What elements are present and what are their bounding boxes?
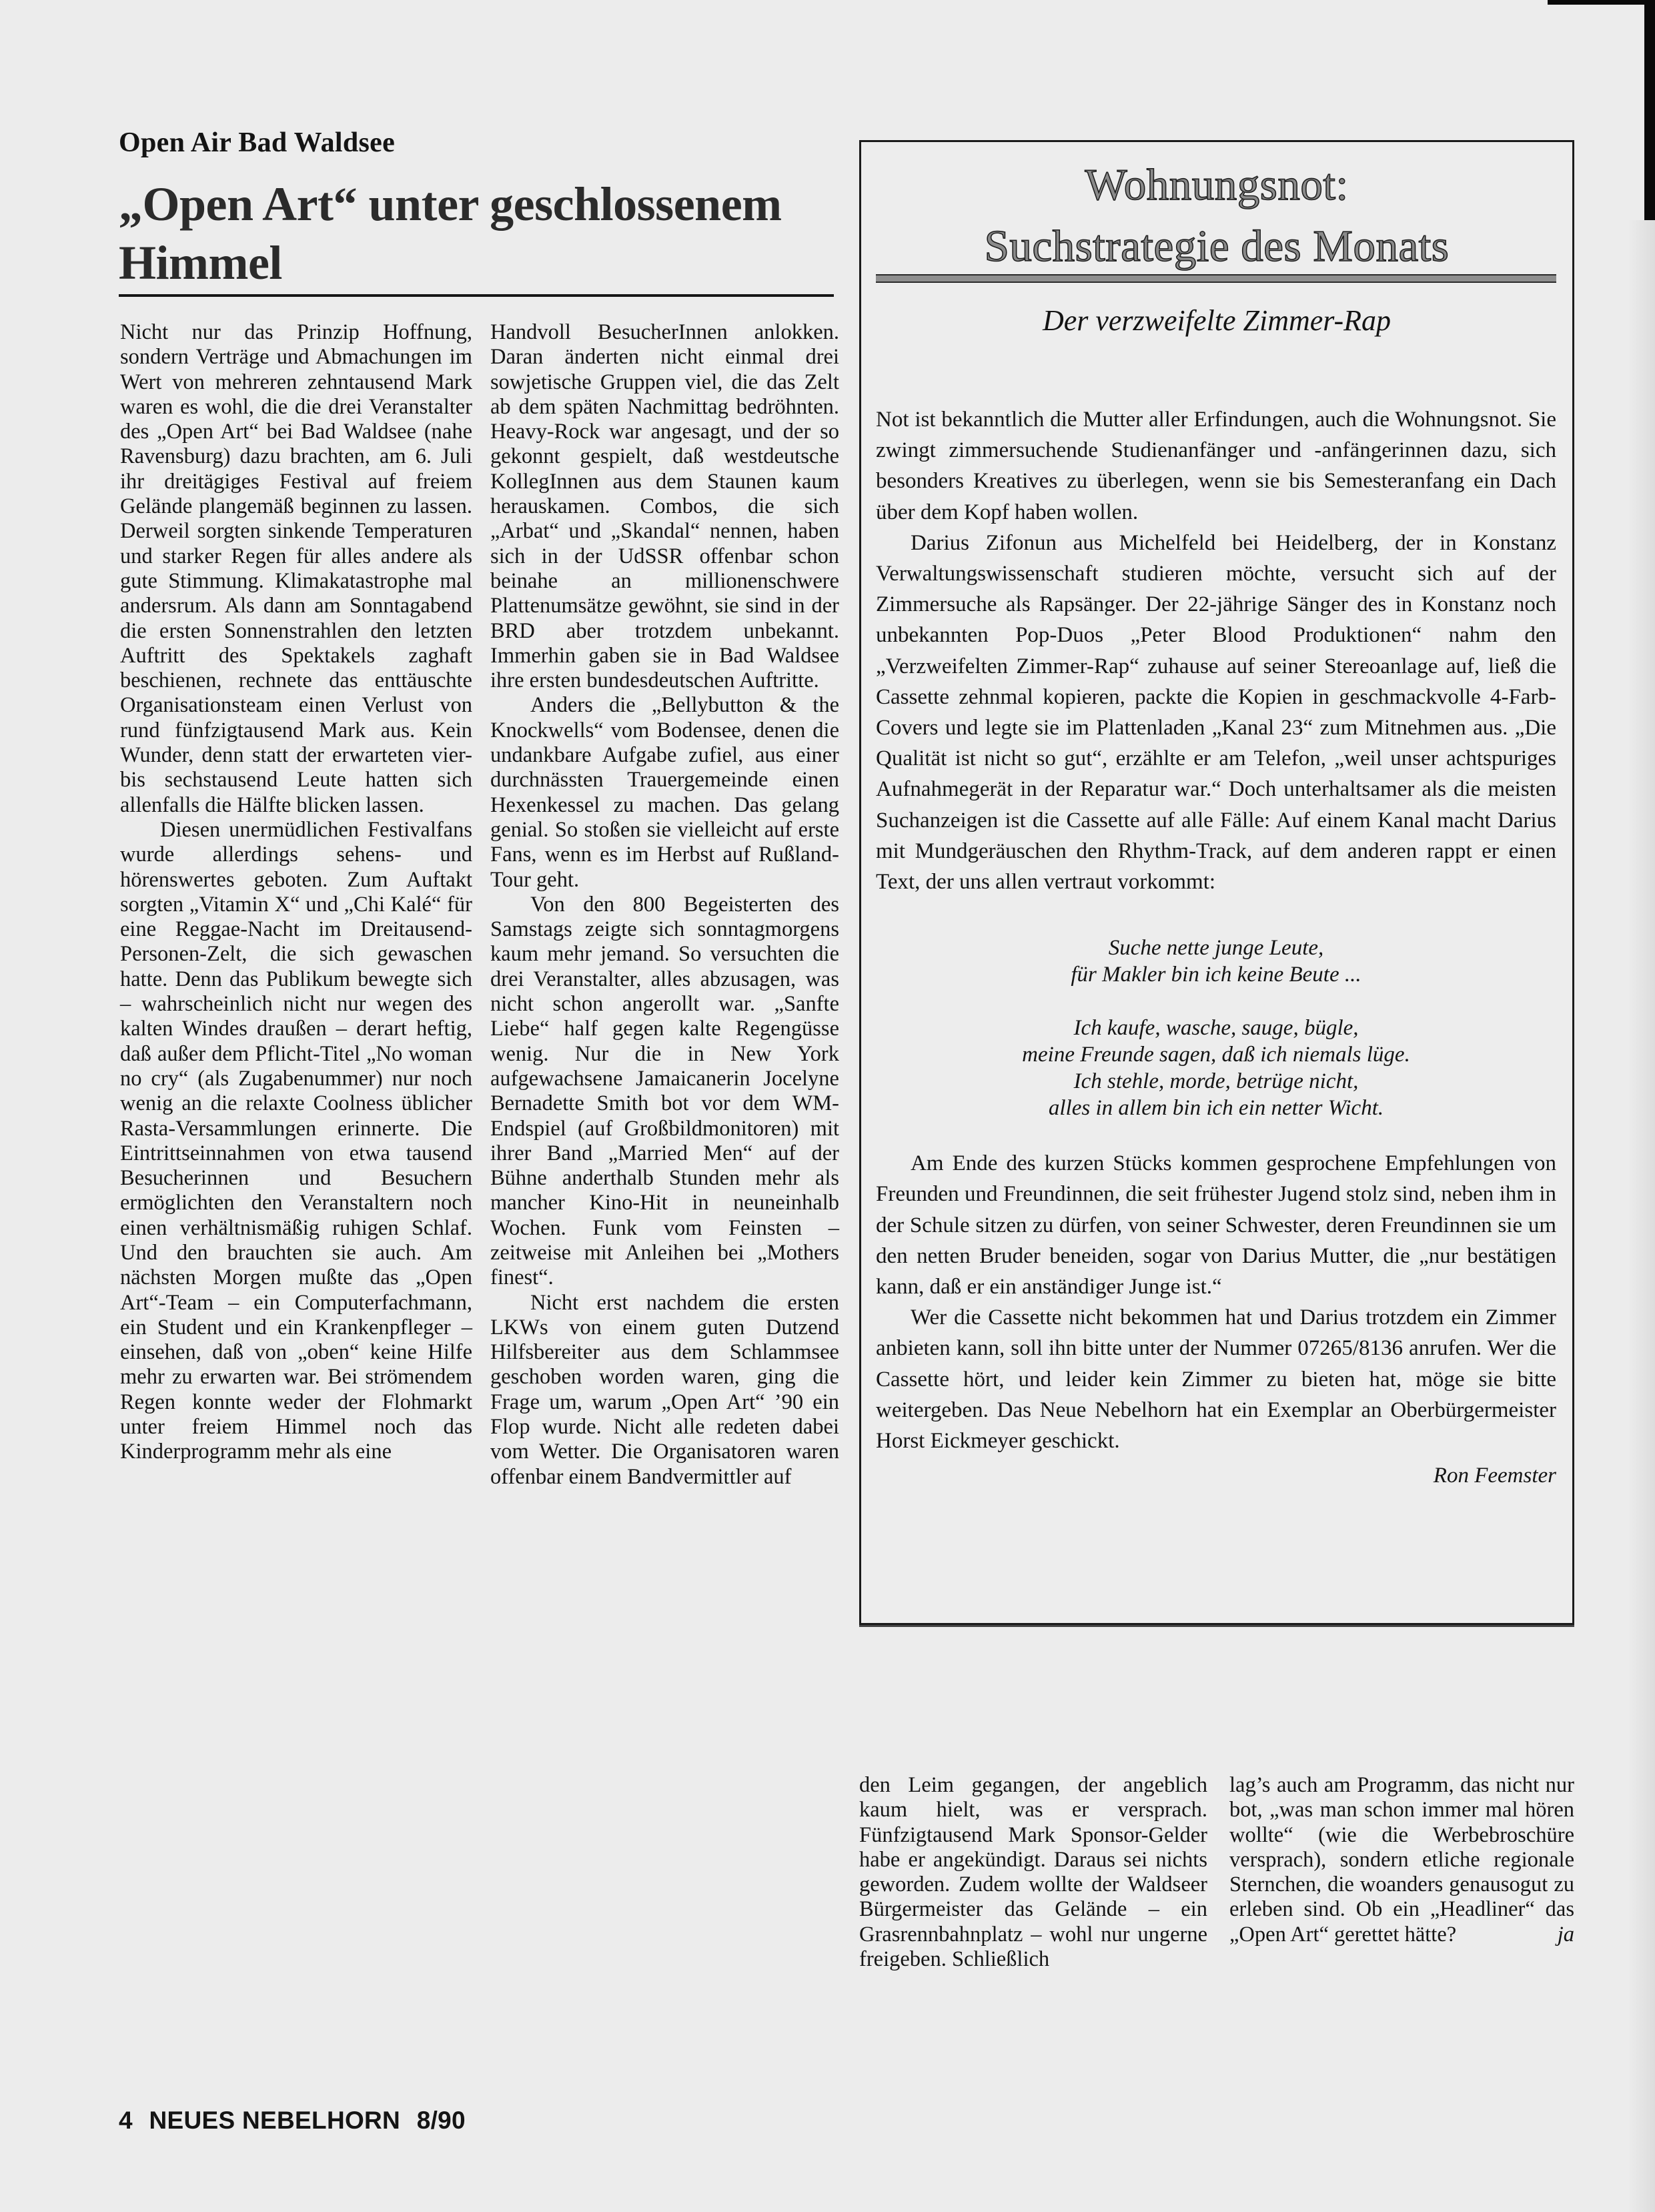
paragraph: Handvoll BesucherInnen anlokken. Daran ä…: [490, 320, 839, 693]
verse-line: für Makler bin ich keine Beute ...: [876, 961, 1556, 988]
box-title-line-1: Wohnungsnot:: [861, 154, 1572, 215]
paragraph: Diesen unermüdlichen Festivalfans wurde …: [120, 818, 472, 1465]
paragraph: Am Ende des kurzen Stücks kommen gesproc…: [876, 1148, 1556, 1302]
article-kicker: Open Air Bad Waldsee: [119, 127, 395, 159]
verse-line: Suche nette junge Leute,: [876, 935, 1556, 961]
box-body: Not ist bekanntlich die Mutter aller Erf…: [876, 404, 1556, 1491]
paragraph: den Leim gegangen, der angeblich kaum hi…: [859, 1773, 1207, 1972]
sidebar-box: Wohnungsnot: Suchstrategie des Monats De…: [859, 140, 1574, 1625]
verse-line: meine Freunde sagen, daß ich niemals lüg…: [876, 1041, 1556, 1068]
issue-number: 8/90: [417, 2107, 466, 2134]
paragraph: Not ist bekanntlich die Mutter aller Erf…: [876, 404, 1556, 528]
scan-edge-right: [1644, 0, 1655, 220]
paragraph: Anders die „Bellybutton & the Knockwells…: [490, 693, 839, 892]
box-author: Ron Feemster: [876, 1460, 1556, 1491]
box-title-line-2: Suchstrategie des Monats: [861, 215, 1572, 277]
article-column-2: Handvoll BesucherInnen anlokken. Daran ä…: [490, 320, 839, 1490]
scan-edge-top: [1548, 0, 1655, 5]
verse-line: Ich kaufe, wasche, sauge, bügle,: [876, 1015, 1556, 1041]
verse-stanza-1: Suche nette junge Leute, für Makler bin …: [876, 935, 1556, 988]
headline-rule: [119, 294, 834, 297]
verse-line: alles in allem bin ich ein netter Wicht.: [876, 1095, 1556, 1121]
paragraph: lag’s auch am Programm, das nicht nur bo…: [1229, 1773, 1574, 1947]
rap-verse: Suche nette junge Leute, für Makler bin …: [876, 935, 1556, 1121]
page-footer: 4 NEUES NEBELHORN 8/90: [119, 2107, 475, 2135]
page-number: 4: [119, 2107, 133, 2134]
box-title-rule: [876, 274, 1556, 283]
paragraph: Nicht nur das Prinzip Hoffnung, sondern …: [120, 320, 472, 818]
paragraph: Wer die Cassette nicht bekommen hat und …: [876, 1302, 1556, 1456]
verse-line: Ich stehle, morde, betrüge nicht,: [876, 1068, 1556, 1095]
article-column-4: lag’s auch am Programm, das nicht nur bo…: [1229, 1773, 1574, 1947]
publication-name: NEUES NEBELHORN: [149, 2107, 400, 2134]
box-title: Wohnungsnot: Suchstrategie des Monats: [861, 154, 1572, 277]
article-author: ja: [1558, 1922, 1574, 1947]
paragraph-text: lag’s auch am Programm, das nicht nur bo…: [1229, 1773, 1574, 1947]
article-column-1: Nicht nur das Prinzip Hoffnung, sondern …: [120, 320, 472, 1465]
paragraph: Darius Zifonun aus Michelfeld bei Heidel…: [876, 528, 1556, 897]
paragraph: Nicht erst nachdem die ersten LKWs von e…: [490, 1291, 839, 1490]
box-subtitle: Der verzweifelte Zimmer-Rap: [861, 304, 1572, 338]
scan-shade-right: [1628, 220, 1655, 2212]
article-headline: „Open Art“ unter geschlossenem Himmel: [119, 175, 839, 292]
verse-stanza-2: Ich kaufe, wasche, sauge, bügle, meine F…: [876, 1015, 1556, 1121]
article-column-3: den Leim gegangen, der angeblich kaum hi…: [859, 1773, 1207, 1972]
paragraph: Von den 800 Begeisterten des Samstags ze…: [490, 893, 839, 1291]
